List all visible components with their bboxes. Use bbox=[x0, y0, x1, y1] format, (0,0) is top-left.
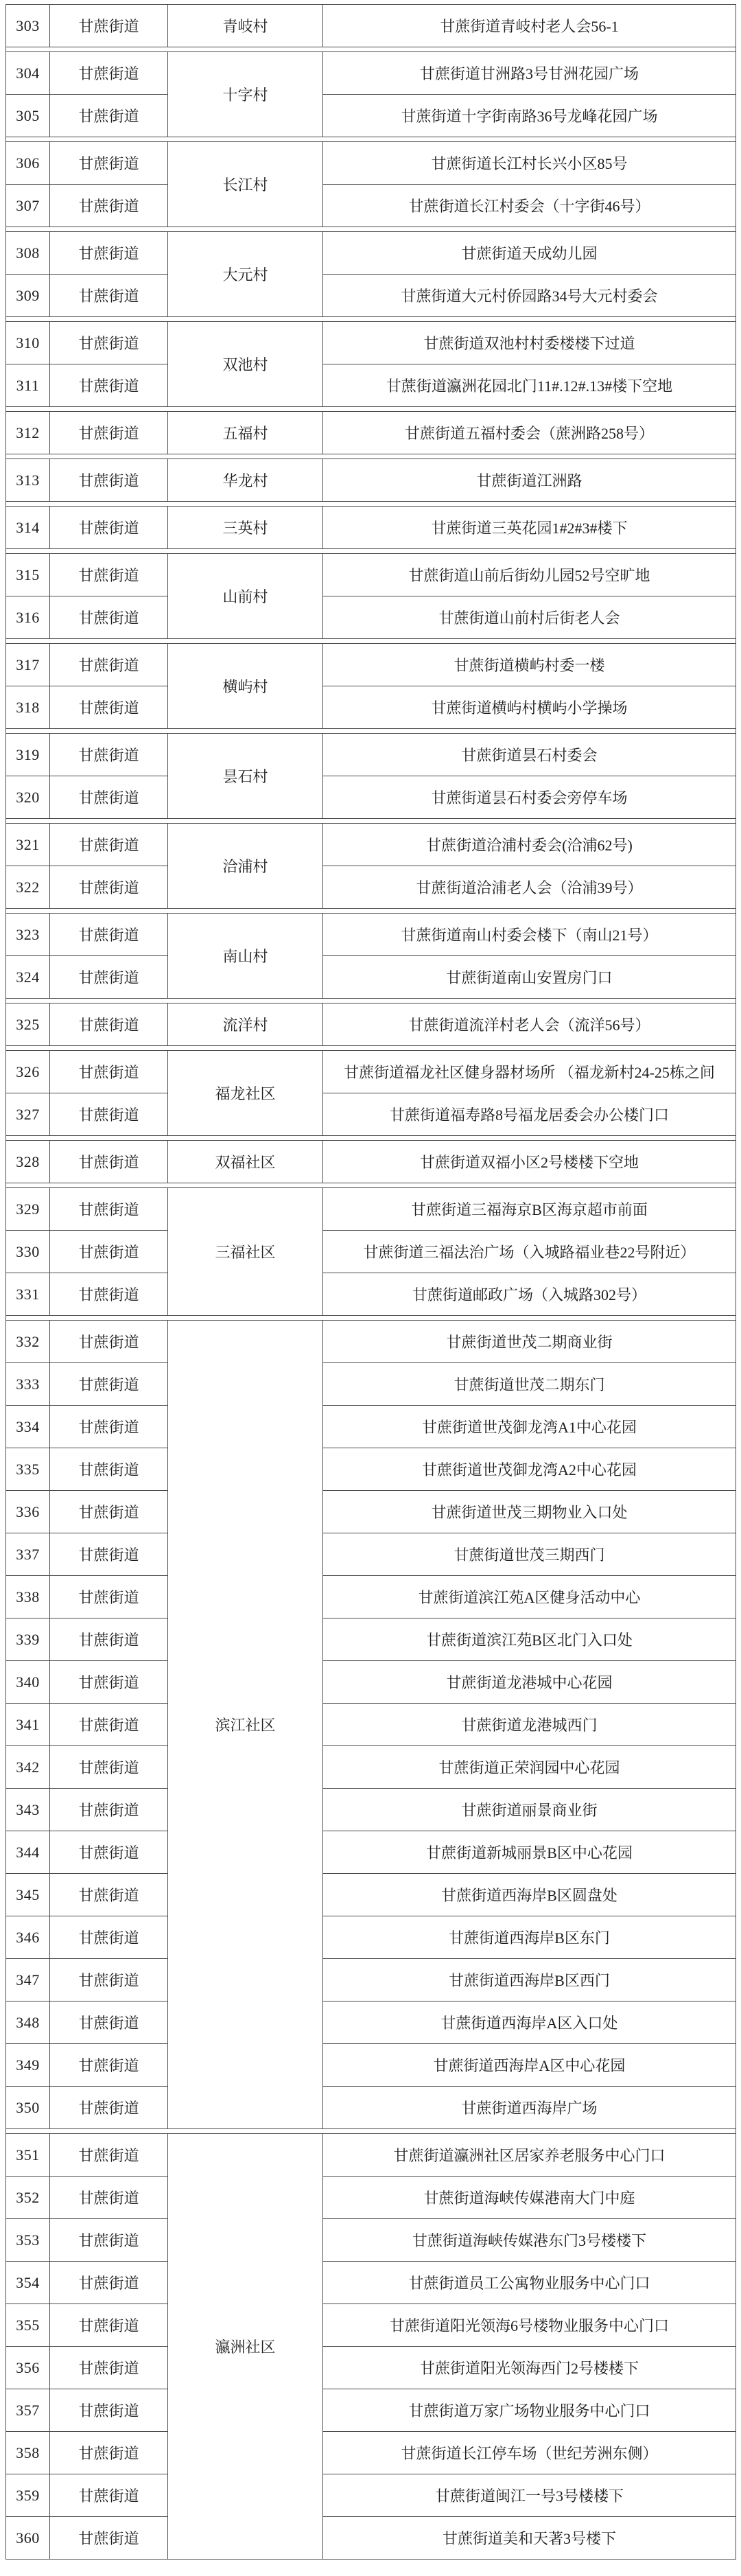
address-cell: 甘蔗街道瀛洲社区居家养老服务中心门口 bbox=[323, 2134, 736, 2177]
group-divider bbox=[6, 1183, 736, 1188]
group-divider bbox=[6, 1046, 736, 1051]
group-divider-cell bbox=[6, 549, 736, 554]
table-row: 344甘蔗街道甘蔗街道新城丽景B区中心花园 bbox=[6, 1831, 736, 1874]
table-row: 340甘蔗街道甘蔗街道龙港城中心花园 bbox=[6, 1661, 736, 1704]
address-cell: 甘蔗街道江洲路 bbox=[323, 459, 736, 502]
address-cell: 甘蔗街道甘洲路3号甘洲花园广场 bbox=[323, 52, 736, 95]
table-row: 350甘蔗街道甘蔗街道西海岸广场 bbox=[6, 2087, 736, 2129]
row-number-cell: 308 bbox=[6, 232, 50, 275]
row-number-cell: 348 bbox=[6, 2001, 50, 2044]
address-cell: 甘蔗街道长江村长兴小区85号 bbox=[323, 142, 736, 185]
address-cell: 甘蔗街道福龙社区健身器材场所 （福龙新村24-25栋之间 bbox=[323, 1051, 736, 1093]
street-cell: 甘蔗街道 bbox=[50, 1231, 168, 1273]
street-cell: 甘蔗街道 bbox=[50, 52, 168, 95]
table-row: 338甘蔗街道甘蔗街道滨江苑A区健身活动中心 bbox=[6, 1576, 736, 1618]
group-divider-cell bbox=[6, 999, 736, 1003]
street-cell: 甘蔗街道 bbox=[50, 866, 168, 909]
row-number-cell: 342 bbox=[6, 1746, 50, 1789]
table-row: 337甘蔗街道甘蔗街道世茂三期西门 bbox=[6, 1533, 736, 1576]
table-row: 346甘蔗街道甘蔗街道西海岸B区东门 bbox=[6, 1916, 736, 1959]
table-row: 328甘蔗街道双福社区甘蔗街道双福小区2号楼楼下空地 bbox=[6, 1141, 736, 1183]
row-number-cell: 307 bbox=[6, 185, 50, 227]
row-number-cell: 305 bbox=[6, 95, 50, 137]
address-cell: 甘蔗街道山前后街幼儿园52号空旷地 bbox=[323, 554, 736, 596]
row-number-cell: 357 bbox=[6, 2389, 50, 2432]
street-cell: 甘蔗街道 bbox=[50, 1491, 168, 1533]
group-divider-cell bbox=[6, 1136, 736, 1141]
table-row: 318甘蔗街道甘蔗街道横屿村横屿小学操场 bbox=[6, 686, 736, 729]
group-divider-cell bbox=[6, 1183, 736, 1188]
street-cell: 甘蔗街道 bbox=[50, 2517, 168, 2560]
group-divider-cell bbox=[6, 502, 736, 507]
address-cell: 甘蔗街道横屿村横屿小学操场 bbox=[323, 686, 736, 729]
street-cell: 甘蔗街道 bbox=[50, 1618, 168, 1661]
address-cell: 甘蔗街道三福海京B区海京超市前面 bbox=[323, 1188, 736, 1231]
group-divider-cell bbox=[6, 1316, 736, 1321]
village-cell: 大元村 bbox=[168, 232, 323, 317]
row-number-cell: 322 bbox=[6, 866, 50, 909]
table-row: 354甘蔗街道甘蔗街道员工公寓物业服务中心门口 bbox=[6, 2262, 736, 2304]
street-cell: 甘蔗街道 bbox=[50, 1746, 168, 1789]
row-number-cell: 316 bbox=[6, 596, 50, 639]
village-cell: 青岐村 bbox=[168, 5, 323, 47]
table-row: 349甘蔗街道甘蔗街道西海岸A区中心花园 bbox=[6, 2044, 736, 2087]
row-number-cell: 320 bbox=[6, 776, 50, 819]
group-divider-cell bbox=[6, 639, 736, 644]
row-number-cell: 346 bbox=[6, 1916, 50, 1959]
village-cell: 横屿村 bbox=[168, 644, 323, 729]
address-cell: 甘蔗街道西海岸A区入口处 bbox=[323, 2001, 736, 2044]
address-cell: 甘蔗街道长江村委会（十字街46号） bbox=[323, 185, 736, 227]
street-cell: 甘蔗街道 bbox=[50, 1051, 168, 1093]
table-row: 348甘蔗街道甘蔗街道西海岸A区入口处 bbox=[6, 2001, 736, 2044]
table-row: 323甘蔗街道南山村甘蔗街道南山村委会楼下（南山21号） bbox=[6, 914, 736, 956]
address-cell: 甘蔗街道阳光领海6号楼物业服务中心门口 bbox=[323, 2304, 736, 2347]
village-cell: 昙石村 bbox=[168, 734, 323, 819]
row-number-cell: 310 bbox=[6, 322, 50, 364]
street-cell: 甘蔗街道 bbox=[50, 95, 168, 137]
table-row: 358甘蔗街道甘蔗街道长江停车场（世纪芳洲东侧） bbox=[6, 2432, 736, 2474]
group-divider bbox=[6, 819, 736, 824]
street-cell: 甘蔗街道 bbox=[50, 412, 168, 454]
group-divider bbox=[6, 2129, 736, 2134]
table-row: 306甘蔗街道长江村甘蔗街道长江村长兴小区85号 bbox=[6, 142, 736, 185]
street-cell: 甘蔗街道 bbox=[50, 1093, 168, 1136]
address-cell: 甘蔗街道三英花园1#2#3#楼下 bbox=[323, 507, 736, 549]
group-divider bbox=[6, 639, 736, 644]
table-row: 326甘蔗街道福龙社区甘蔗街道福龙社区健身器材场所 （福龙新村24-25栋之间 bbox=[6, 1051, 736, 1093]
group-divider bbox=[6, 47, 736, 52]
address-cell: 甘蔗街道海峡传媒港东门3号楼楼下 bbox=[323, 2219, 736, 2262]
row-number-cell: 359 bbox=[6, 2474, 50, 2517]
row-number-cell: 354 bbox=[6, 2262, 50, 2304]
table-row: 309甘蔗街道甘蔗街道大元村侨园路34号大元村委会 bbox=[6, 275, 736, 317]
village-cell: 华龙村 bbox=[168, 459, 323, 502]
address-cell: 甘蔗街道滨江苑A区健身活动中心 bbox=[323, 1576, 736, 1618]
address-cell: 甘蔗街道洽浦老人会（洽浦39号） bbox=[323, 866, 736, 909]
group-divider-cell bbox=[6, 909, 736, 914]
table-row: 327甘蔗街道甘蔗街道福寿路8号福龙居委会办公楼门口 bbox=[6, 1093, 736, 1136]
row-number-cell: 347 bbox=[6, 1959, 50, 2001]
table-row: 304甘蔗街道十字村甘蔗街道甘洲路3号甘洲花园广场 bbox=[6, 52, 736, 95]
address-cell: 甘蔗街道瀛洲花园北门11#.12#.13#楼下空地 bbox=[323, 364, 736, 407]
address-cell: 甘蔗街道洽浦村委会(洽浦62号) bbox=[323, 824, 736, 866]
row-number-cell: 349 bbox=[6, 2044, 50, 2087]
street-cell: 甘蔗街道 bbox=[50, 2474, 168, 2517]
street-cell: 甘蔗街道 bbox=[50, 1959, 168, 2001]
address-cell: 甘蔗街道山前村后街老人会 bbox=[323, 596, 736, 639]
street-cell: 甘蔗街道 bbox=[50, 1576, 168, 1618]
street-cell: 甘蔗街道 bbox=[50, 2304, 168, 2347]
address-cell: 甘蔗街道双池村村委楼楼下过道 bbox=[323, 322, 736, 364]
address-cell: 甘蔗街道世茂御龙湾A1中心花园 bbox=[323, 1406, 736, 1448]
address-cell: 甘蔗街道流洋村老人会（流洋56号） bbox=[323, 1003, 736, 1046]
group-divider-cell bbox=[6, 729, 736, 734]
row-number-cell: 324 bbox=[6, 956, 50, 999]
table-row: 322甘蔗街道甘蔗街道洽浦老人会（洽浦39号） bbox=[6, 866, 736, 909]
group-divider bbox=[6, 999, 736, 1003]
document-page: 303甘蔗街道青岐村甘蔗街道青岐村老人会56-1304甘蔗街道十字村甘蔗街道甘洲… bbox=[0, 0, 741, 2576]
row-number-cell: 304 bbox=[6, 52, 50, 95]
table-row: 317甘蔗街道横屿村甘蔗街道横屿村委一楼 bbox=[6, 644, 736, 686]
table-row: 360甘蔗街道甘蔗街道美和天著3号楼下 bbox=[6, 2517, 736, 2560]
row-number-cell: 329 bbox=[6, 1188, 50, 1231]
site-table-body: 303甘蔗街道青岐村甘蔗街道青岐村老人会56-1304甘蔗街道十字村甘蔗街道甘洲… bbox=[6, 5, 736, 2560]
table-row: 312甘蔗街道五福村甘蔗街道五福村委会（蔗洲路258号） bbox=[6, 412, 736, 454]
row-number-cell: 355 bbox=[6, 2304, 50, 2347]
row-number-cell: 356 bbox=[6, 2347, 50, 2389]
row-number-cell: 311 bbox=[6, 364, 50, 407]
street-cell: 甘蔗街道 bbox=[50, 2432, 168, 2474]
row-number-cell: 334 bbox=[6, 1406, 50, 1448]
row-number-cell: 328 bbox=[6, 1141, 50, 1183]
row-number-cell: 331 bbox=[6, 1273, 50, 1316]
street-cell: 甘蔗街道 bbox=[50, 2001, 168, 2044]
group-divider bbox=[6, 909, 736, 914]
group-divider bbox=[6, 227, 736, 232]
table-row: 308甘蔗街道大元村甘蔗街道天成幼儿园 bbox=[6, 232, 736, 275]
row-number-cell: 353 bbox=[6, 2219, 50, 2262]
address-cell: 甘蔗街道员工公寓物业服务中心门口 bbox=[323, 2262, 736, 2304]
group-divider-cell bbox=[6, 2129, 736, 2134]
street-cell: 甘蔗街道 bbox=[50, 2177, 168, 2219]
village-cell: 双池村 bbox=[168, 322, 323, 407]
group-divider bbox=[6, 454, 736, 459]
street-cell: 甘蔗街道 bbox=[50, 1533, 168, 1576]
address-cell: 甘蔗街道闽江一号3号楼楼下 bbox=[323, 2474, 736, 2517]
table-row: 329甘蔗街道三福社区甘蔗街道三福海京B区海京超市前面 bbox=[6, 1188, 736, 1231]
table-row: 352甘蔗街道甘蔗街道海峡传媒港南大门中庭 bbox=[6, 2177, 736, 2219]
row-number-cell: 343 bbox=[6, 1789, 50, 1831]
address-cell: 甘蔗街道大元村侨园路34号大元村委会 bbox=[323, 275, 736, 317]
street-cell: 甘蔗街道 bbox=[50, 956, 168, 999]
street-cell: 甘蔗街道 bbox=[50, 1789, 168, 1831]
village-cell: 十字村 bbox=[168, 52, 323, 137]
address-cell: 甘蔗街道阳光领海西门2号楼楼下 bbox=[323, 2347, 736, 2389]
row-number-cell: 335 bbox=[6, 1448, 50, 1491]
row-number-cell: 306 bbox=[6, 142, 50, 185]
street-cell: 甘蔗街道 bbox=[50, 2262, 168, 2304]
table-row: 345甘蔗街道甘蔗街道西海岸B区圆盘处 bbox=[6, 1874, 736, 1916]
street-cell: 甘蔗街道 bbox=[50, 734, 168, 776]
street-cell: 甘蔗街道 bbox=[50, 1406, 168, 1448]
street-cell: 甘蔗街道 bbox=[50, 1874, 168, 1916]
address-cell: 甘蔗街道世茂三期西门 bbox=[323, 1533, 736, 1576]
table-row: 311甘蔗街道甘蔗街道瀛洲花园北门11#.12#.13#楼下空地 bbox=[6, 364, 736, 407]
table-row: 307甘蔗街道甘蔗街道长江村委会（十字街46号） bbox=[6, 185, 736, 227]
row-number-cell: 333 bbox=[6, 1363, 50, 1406]
village-cell: 五福村 bbox=[168, 412, 323, 454]
address-cell: 甘蔗街道万家广场物业服务中心门口 bbox=[323, 2389, 736, 2432]
row-number-cell: 360 bbox=[6, 2517, 50, 2560]
group-divider-cell bbox=[6, 137, 736, 142]
group-divider-cell bbox=[6, 819, 736, 824]
street-cell: 甘蔗街道 bbox=[50, 1321, 168, 1363]
address-cell: 甘蔗街道昙石村委会旁停车场 bbox=[323, 776, 736, 819]
table-row: 339甘蔗街道甘蔗街道滨江苑B区北门入口处 bbox=[6, 1618, 736, 1661]
village-cell: 三福社区 bbox=[168, 1188, 323, 1316]
row-number-cell: 325 bbox=[6, 1003, 50, 1046]
address-cell: 甘蔗街道龙港城中心花园 bbox=[323, 1661, 736, 1704]
table-row: 355甘蔗街道甘蔗街道阳光领海6号楼物业服务中心门口 bbox=[6, 2304, 736, 2347]
row-number-cell: 312 bbox=[6, 412, 50, 454]
street-cell: 甘蔗街道 bbox=[50, 554, 168, 596]
group-divider-cell bbox=[6, 454, 736, 459]
street-cell: 甘蔗街道 bbox=[50, 142, 168, 185]
row-number-cell: 309 bbox=[6, 275, 50, 317]
street-cell: 甘蔗街道 bbox=[50, 1273, 168, 1316]
table-row: 341甘蔗街道甘蔗街道龙港城西门 bbox=[6, 1704, 736, 1746]
address-cell: 甘蔗街道五福村委会（蔗洲路258号） bbox=[323, 412, 736, 454]
row-number-cell: 337 bbox=[6, 1533, 50, 1576]
row-number-cell: 319 bbox=[6, 734, 50, 776]
row-number-cell: 326 bbox=[6, 1051, 50, 1093]
address-cell: 甘蔗街道邮政广场（入城路302号） bbox=[323, 1273, 736, 1316]
table-row: 353甘蔗街道甘蔗街道海峡传媒港东门3号楼楼下 bbox=[6, 2219, 736, 2262]
village-cell: 三英村 bbox=[168, 507, 323, 549]
street-cell: 甘蔗街道 bbox=[50, 322, 168, 364]
village-cell: 瀛洲社区 bbox=[168, 2134, 323, 2560]
street-cell: 甘蔗街道 bbox=[50, 1661, 168, 1704]
table-row: 330甘蔗街道甘蔗街道三福法治广场（入城路福业巷22号附近） bbox=[6, 1231, 736, 1273]
address-cell: 甘蔗街道南山村委会楼下（南山21号） bbox=[323, 914, 736, 956]
street-cell: 甘蔗街道 bbox=[50, 2219, 168, 2262]
address-cell: 甘蔗街道天成幼儿园 bbox=[323, 232, 736, 275]
street-cell: 甘蔗街道 bbox=[50, 1188, 168, 1231]
table-row: 310甘蔗街道双池村甘蔗街道双池村村委楼楼下过道 bbox=[6, 322, 736, 364]
address-cell: 甘蔗街道南山安置房门口 bbox=[323, 956, 736, 999]
street-cell: 甘蔗街道 bbox=[50, 1831, 168, 1874]
group-divider-cell bbox=[6, 407, 736, 412]
street-cell: 甘蔗街道 bbox=[50, 1916, 168, 1959]
address-cell: 甘蔗街道三福法治广场（入城路福业巷22号附近） bbox=[323, 1231, 736, 1273]
table-row: 319甘蔗街道昙石村甘蔗街道昙石村委会 bbox=[6, 734, 736, 776]
table-row: 342甘蔗街道甘蔗街道正荣润园中心花园 bbox=[6, 1746, 736, 1789]
address-cell: 甘蔗街道世茂二期商业街 bbox=[323, 1321, 736, 1363]
row-number-cell: 321 bbox=[6, 824, 50, 866]
address-cell: 甘蔗街道西海岸B区圆盘处 bbox=[323, 1874, 736, 1916]
address-cell: 甘蔗街道滨江苑B区北门入口处 bbox=[323, 1618, 736, 1661]
address-cell: 甘蔗街道横屿村委一楼 bbox=[323, 644, 736, 686]
row-number-cell: 350 bbox=[6, 2087, 50, 2129]
street-cell: 甘蔗街道 bbox=[50, 459, 168, 502]
street-cell: 甘蔗街道 bbox=[50, 1448, 168, 1491]
address-cell: 甘蔗街道美和天著3号楼下 bbox=[323, 2517, 736, 2560]
street-cell: 甘蔗街道 bbox=[50, 232, 168, 275]
street-cell: 甘蔗街道 bbox=[50, 1141, 168, 1183]
table-row: 325甘蔗街道流洋村甘蔗街道流洋村老人会（流洋56号） bbox=[6, 1003, 736, 1046]
row-number-cell: 352 bbox=[6, 2177, 50, 2219]
village-cell: 长江村 bbox=[168, 142, 323, 227]
street-cell: 甘蔗街道 bbox=[50, 1363, 168, 1406]
group-divider-cell bbox=[6, 227, 736, 232]
street-cell: 甘蔗街道 bbox=[50, 2347, 168, 2389]
street-cell: 甘蔗街道 bbox=[50, 776, 168, 819]
street-cell: 甘蔗街道 bbox=[50, 507, 168, 549]
village-cell: 滨江社区 bbox=[168, 1321, 323, 2129]
row-number-cell: 332 bbox=[6, 1321, 50, 1363]
row-number-cell: 338 bbox=[6, 1576, 50, 1618]
village-cell: 流洋村 bbox=[168, 1003, 323, 1046]
row-number-cell: 344 bbox=[6, 1831, 50, 1874]
table-row: 357甘蔗街道甘蔗街道万家广场物业服务中心门口 bbox=[6, 2389, 736, 2432]
street-cell: 甘蔗街道 bbox=[50, 2389, 168, 2432]
table-row: 314甘蔗街道三英村甘蔗街道三英花园1#2#3#楼下 bbox=[6, 507, 736, 549]
street-cell: 甘蔗街道 bbox=[50, 914, 168, 956]
street-cell: 甘蔗街道 bbox=[50, 2044, 168, 2087]
table-row: 316甘蔗街道甘蔗街道山前村后街老人会 bbox=[6, 596, 736, 639]
street-cell: 甘蔗街道 bbox=[50, 185, 168, 227]
group-divider bbox=[6, 502, 736, 507]
row-number-cell: 327 bbox=[6, 1093, 50, 1136]
table-row: 333甘蔗街道甘蔗街道世茂二期东门 bbox=[6, 1363, 736, 1406]
address-cell: 甘蔗街道世茂御龙湾A2中心花园 bbox=[323, 1448, 736, 1491]
street-cell: 甘蔗街道 bbox=[50, 1003, 168, 1046]
street-cell: 甘蔗街道 bbox=[50, 1704, 168, 1746]
row-number-cell: 314 bbox=[6, 507, 50, 549]
village-cell: 洽浦村 bbox=[168, 824, 323, 909]
table-row: 315甘蔗街道山前村甘蔗街道山前后街幼儿园52号空旷地 bbox=[6, 554, 736, 596]
table-row: 332甘蔗街道滨江社区甘蔗街道世茂二期商业街 bbox=[6, 1321, 736, 1363]
address-cell: 甘蔗街道西海岸B区东门 bbox=[323, 1916, 736, 1959]
address-cell: 甘蔗街道福寿路8号福龙居委会办公楼门口 bbox=[323, 1093, 736, 1136]
village-cell: 山前村 bbox=[168, 554, 323, 639]
row-number-cell: 341 bbox=[6, 1704, 50, 1746]
street-cell: 甘蔗街道 bbox=[50, 5, 168, 47]
table-row: 320甘蔗街道甘蔗街道昙石村委会旁停车场 bbox=[6, 776, 736, 819]
group-divider bbox=[6, 549, 736, 554]
address-cell: 甘蔗街道十字街南路36号龙峰花园广场 bbox=[323, 95, 736, 137]
row-number-cell: 313 bbox=[6, 459, 50, 502]
street-cell: 甘蔗街道 bbox=[50, 275, 168, 317]
address-cell: 甘蔗街道双福小区2号楼楼下空地 bbox=[323, 1141, 736, 1183]
testing-site-table: 303甘蔗街道青岐村甘蔗街道青岐村老人会56-1304甘蔗街道十字村甘蔗街道甘洲… bbox=[5, 4, 736, 2560]
group-divider-cell bbox=[6, 1046, 736, 1051]
row-number-cell: 317 bbox=[6, 644, 50, 686]
address-cell: 甘蔗街道丽景商业街 bbox=[323, 1789, 736, 1831]
row-number-cell: 340 bbox=[6, 1661, 50, 1704]
group-divider bbox=[6, 729, 736, 734]
table-row: 313甘蔗街道华龙村甘蔗街道江洲路 bbox=[6, 459, 736, 502]
street-cell: 甘蔗街道 bbox=[50, 824, 168, 866]
row-number-cell: 336 bbox=[6, 1491, 50, 1533]
address-cell: 甘蔗街道世茂三期物业入口处 bbox=[323, 1491, 736, 1533]
row-number-cell: 303 bbox=[6, 5, 50, 47]
table-row: 305甘蔗街道甘蔗街道十字街南路36号龙峰花园广场 bbox=[6, 95, 736, 137]
group-divider-cell bbox=[6, 317, 736, 322]
address-cell: 甘蔗街道长江停车场（世纪芳洲东侧） bbox=[323, 2432, 736, 2474]
street-cell: 甘蔗街道 bbox=[50, 686, 168, 729]
street-cell: 甘蔗街道 bbox=[50, 644, 168, 686]
table-row: 331甘蔗街道甘蔗街道邮政广场（入城路302号） bbox=[6, 1273, 736, 1316]
row-number-cell: 323 bbox=[6, 914, 50, 956]
row-number-cell: 339 bbox=[6, 1618, 50, 1661]
table-row: 343甘蔗街道甘蔗街道丽景商业街 bbox=[6, 1789, 736, 1831]
address-cell: 甘蔗街道青岐村老人会56-1 bbox=[323, 5, 736, 47]
village-cell: 南山村 bbox=[168, 914, 323, 999]
group-divider bbox=[6, 1316, 736, 1321]
row-number-cell: 330 bbox=[6, 1231, 50, 1273]
table-row: 303甘蔗街道青岐村甘蔗街道青岐村老人会56-1 bbox=[6, 5, 736, 47]
table-row: 359甘蔗街道甘蔗街道闽江一号3号楼楼下 bbox=[6, 2474, 736, 2517]
row-number-cell: 351 bbox=[6, 2134, 50, 2177]
village-cell: 福龙社区 bbox=[168, 1051, 323, 1136]
group-divider-cell bbox=[6, 47, 736, 52]
table-row: 335甘蔗街道甘蔗街道世茂御龙湾A2中心花园 bbox=[6, 1448, 736, 1491]
row-number-cell: 315 bbox=[6, 554, 50, 596]
address-cell: 甘蔗街道昙石村委会 bbox=[323, 734, 736, 776]
village-cell: 双福社区 bbox=[168, 1141, 323, 1183]
address-cell: 甘蔗街道西海岸A区中心花园 bbox=[323, 2044, 736, 2087]
table-row: 324甘蔗街道甘蔗街道南山安置房门口 bbox=[6, 956, 736, 999]
row-number-cell: 358 bbox=[6, 2432, 50, 2474]
address-cell: 甘蔗街道正荣润园中心花园 bbox=[323, 1746, 736, 1789]
address-cell: 甘蔗街道西海岸B区西门 bbox=[323, 1959, 736, 2001]
street-cell: 甘蔗街道 bbox=[50, 364, 168, 407]
table-row: 356甘蔗街道甘蔗街道阳光领海西门2号楼楼下 bbox=[6, 2347, 736, 2389]
address-cell: 甘蔗街道龙港城西门 bbox=[323, 1704, 736, 1746]
address-cell: 甘蔗街道新城丽景B区中心花园 bbox=[323, 1831, 736, 1874]
street-cell: 甘蔗街道 bbox=[50, 596, 168, 639]
group-divider bbox=[6, 407, 736, 412]
table-row: 347甘蔗街道甘蔗街道西海岸B区西门 bbox=[6, 1959, 736, 2001]
table-row: 336甘蔗街道甘蔗街道世茂三期物业入口处 bbox=[6, 1491, 736, 1533]
table-row: 351甘蔗街道瀛洲社区甘蔗街道瀛洲社区居家养老服务中心门口 bbox=[6, 2134, 736, 2177]
group-divider bbox=[6, 137, 736, 142]
row-number-cell: 318 bbox=[6, 686, 50, 729]
table-row: 334甘蔗街道甘蔗街道世茂御龙湾A1中心花园 bbox=[6, 1406, 736, 1448]
street-cell: 甘蔗街道 bbox=[50, 2087, 168, 2129]
street-cell: 甘蔗街道 bbox=[50, 2134, 168, 2177]
address-cell: 甘蔗街道西海岸广场 bbox=[323, 2087, 736, 2129]
address-cell: 甘蔗街道海峡传媒港南大门中庭 bbox=[323, 2177, 736, 2219]
group-divider bbox=[6, 1136, 736, 1141]
row-number-cell: 345 bbox=[6, 1874, 50, 1916]
table-row: 321甘蔗街道洽浦村甘蔗街道洽浦村委会(洽浦62号) bbox=[6, 824, 736, 866]
group-divider bbox=[6, 317, 736, 322]
address-cell: 甘蔗街道世茂二期东门 bbox=[323, 1363, 736, 1406]
